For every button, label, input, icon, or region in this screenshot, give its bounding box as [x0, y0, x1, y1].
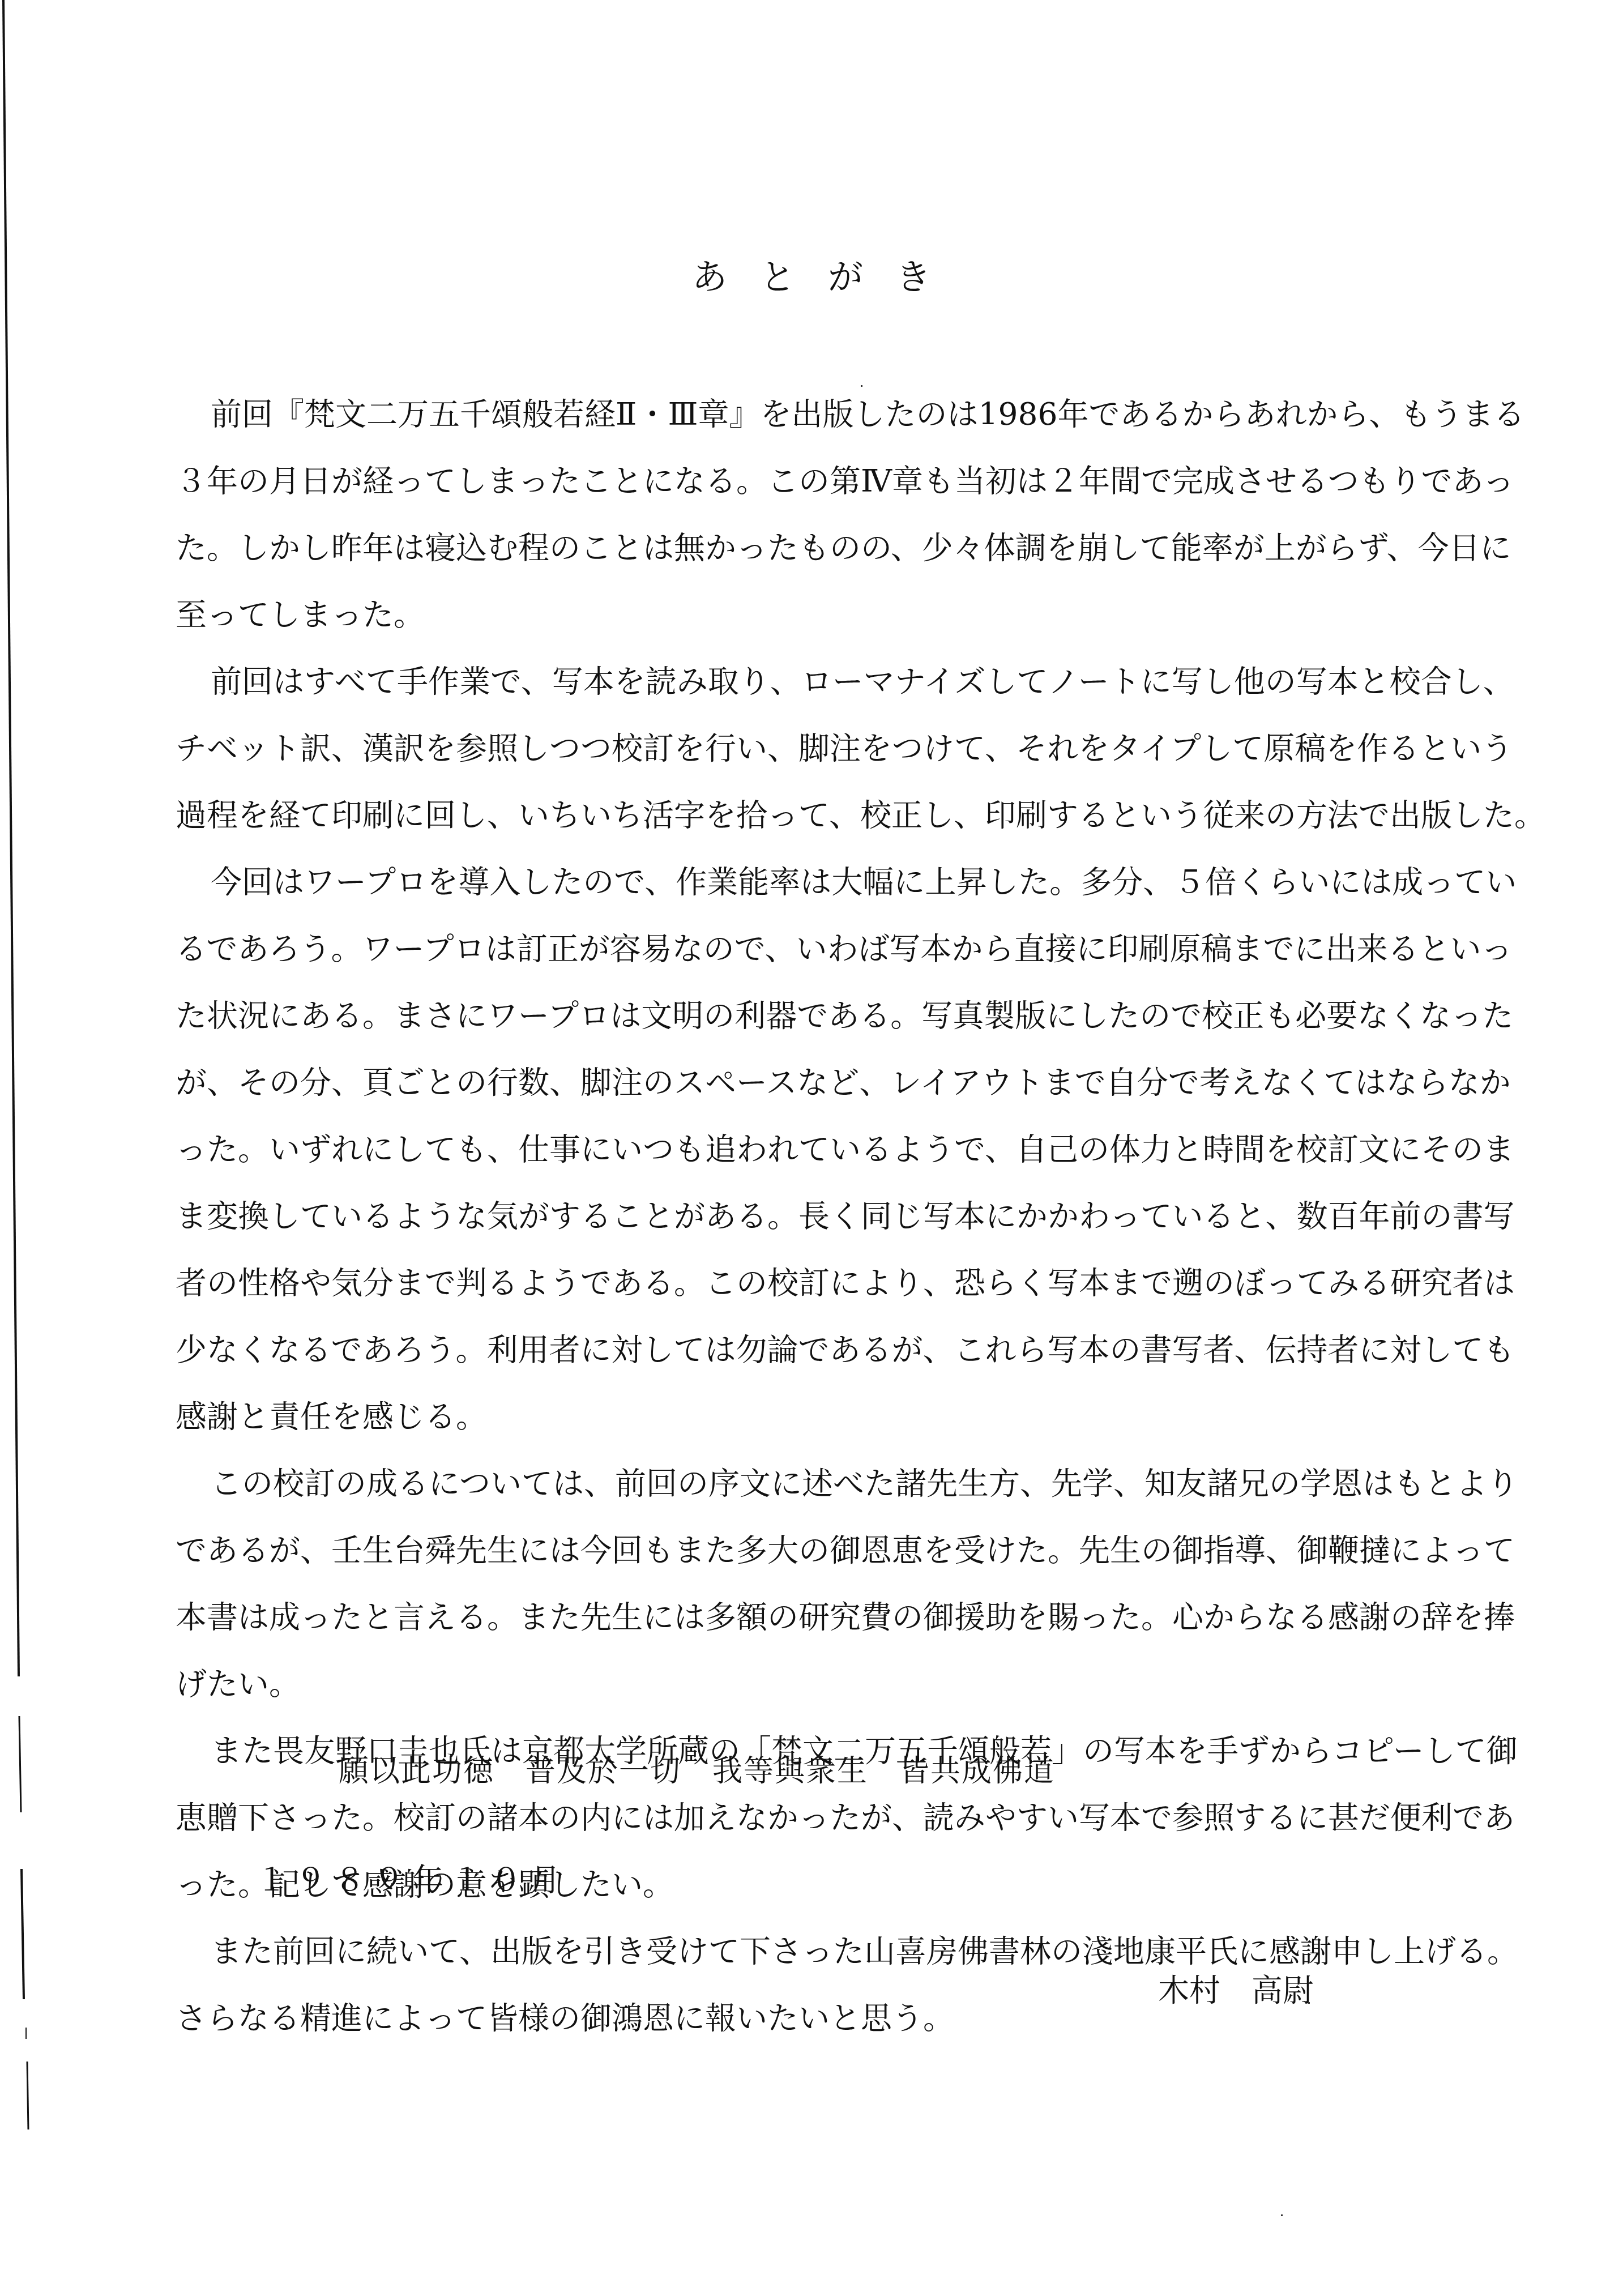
text-line: 少なくなるであろう。利用者に対しては勿論であるが、これら写本の書写者、伝持者に対… [176, 1316, 1343, 1383]
text-line: 者の性格や気分まで判るようである。この校訂により、恐らく写本まで遡のぼってみる研… [176, 1249, 1343, 1316]
afterword-body: 前回『梵文二万五千頌般若経Ⅱ・Ⅲ章』を出版したのは1986年であるからあれから、… [176, 381, 1343, 2051]
text-line: るであろう。ワープロは訂正が容易なので、いわば写本から直接に印刷原稿までに出来る… [176, 915, 1343, 982]
scan-speck [873, 1804, 875, 1806]
page-title: あとがき [0, 249, 1623, 300]
scan-speck [1281, 2214, 1283, 2216]
text-line: ３年の月日が経ってしまったことになる。この第Ⅳ章も当初は２年間で完成させるつもり… [176, 447, 1343, 514]
date: １９８９年１０月 [256, 1855, 569, 1900]
text-line: た。しかし昨年は寝込む程のことは無かったものの、少々体調を崩して能率が上がらず、… [176, 514, 1343, 581]
text-line: であるが、壬生台舜先生には今回もまた多大の御恩恵を受けた。先生の御指導、御鞭撻に… [176, 1517, 1343, 1584]
text-line: 過程を経て印刷に回し、いちいち活字を拾って、校正し、印刷するという従来の方法で出… [176, 782, 1343, 848]
text-line: た状況にある。まさにワープロは文明の利器である。写真製版にしたので校正も必要なく… [176, 982, 1343, 1049]
text-line: チベット訳、漢訳を参照しつつ校訂を行い、脚注をつけて、それをタイプして原稿を作る… [176, 715, 1343, 782]
text-line: 感謝と責任を感じる。 [176, 1383, 1343, 1450]
scan-speck [861, 385, 862, 387]
text-line: げたい。 [176, 1650, 1343, 1717]
dedication-verse: 願以此功徳 普及於一切 我等與衆生 皆共成佛道 [339, 1747, 1055, 1790]
text-line: 恵贈下さった。校訂の諸本の内には加えなかったが、読みやすい写本で参照するに甚だ便… [176, 1784, 1343, 1851]
text-line: 前回『梵文二万五千頌般若経Ⅱ・Ⅲ章』を出版したのは1986年であるからあれから、… [176, 381, 1343, 447]
text-line: この校訂の成るについては、前回の序文に述べた諸先生方、先学、知友諸兄の学恩はもと… [176, 1450, 1343, 1517]
text-line: 至ってしまった。 [176, 581, 1343, 648]
text-line: 前回はすべて手作業で、写本を読み取り、ローマナイズしてノートに写し他の写本と校合… [176, 648, 1343, 715]
scan-speck [1308, 2002, 1310, 2004]
text-line: 本書は成ったと言える。また先生には多額の研究費の御援助を賜った。心からなる感謝の… [176, 1584, 1343, 1650]
text-line: った。いずれにしても、仕事にいつも追われているようで、自己の体力と時間を校訂文に… [176, 1116, 1343, 1183]
text-line: ま変換しているような気がすることがある。長く同じ写本にかかわっていると、数百年前… [176, 1183, 1343, 1249]
author-signature: 木村 高尉 [1158, 1965, 1314, 2010]
text-line: 今回はワープロを導入したので、作業能率は大幅に上昇した。多分、５倍くらいには成っ… [176, 848, 1343, 915]
text-line: が、その分、頁ごとの行数、脚注のスペースなど、レイアウトまで自分で考えなくてはな… [176, 1049, 1343, 1116]
